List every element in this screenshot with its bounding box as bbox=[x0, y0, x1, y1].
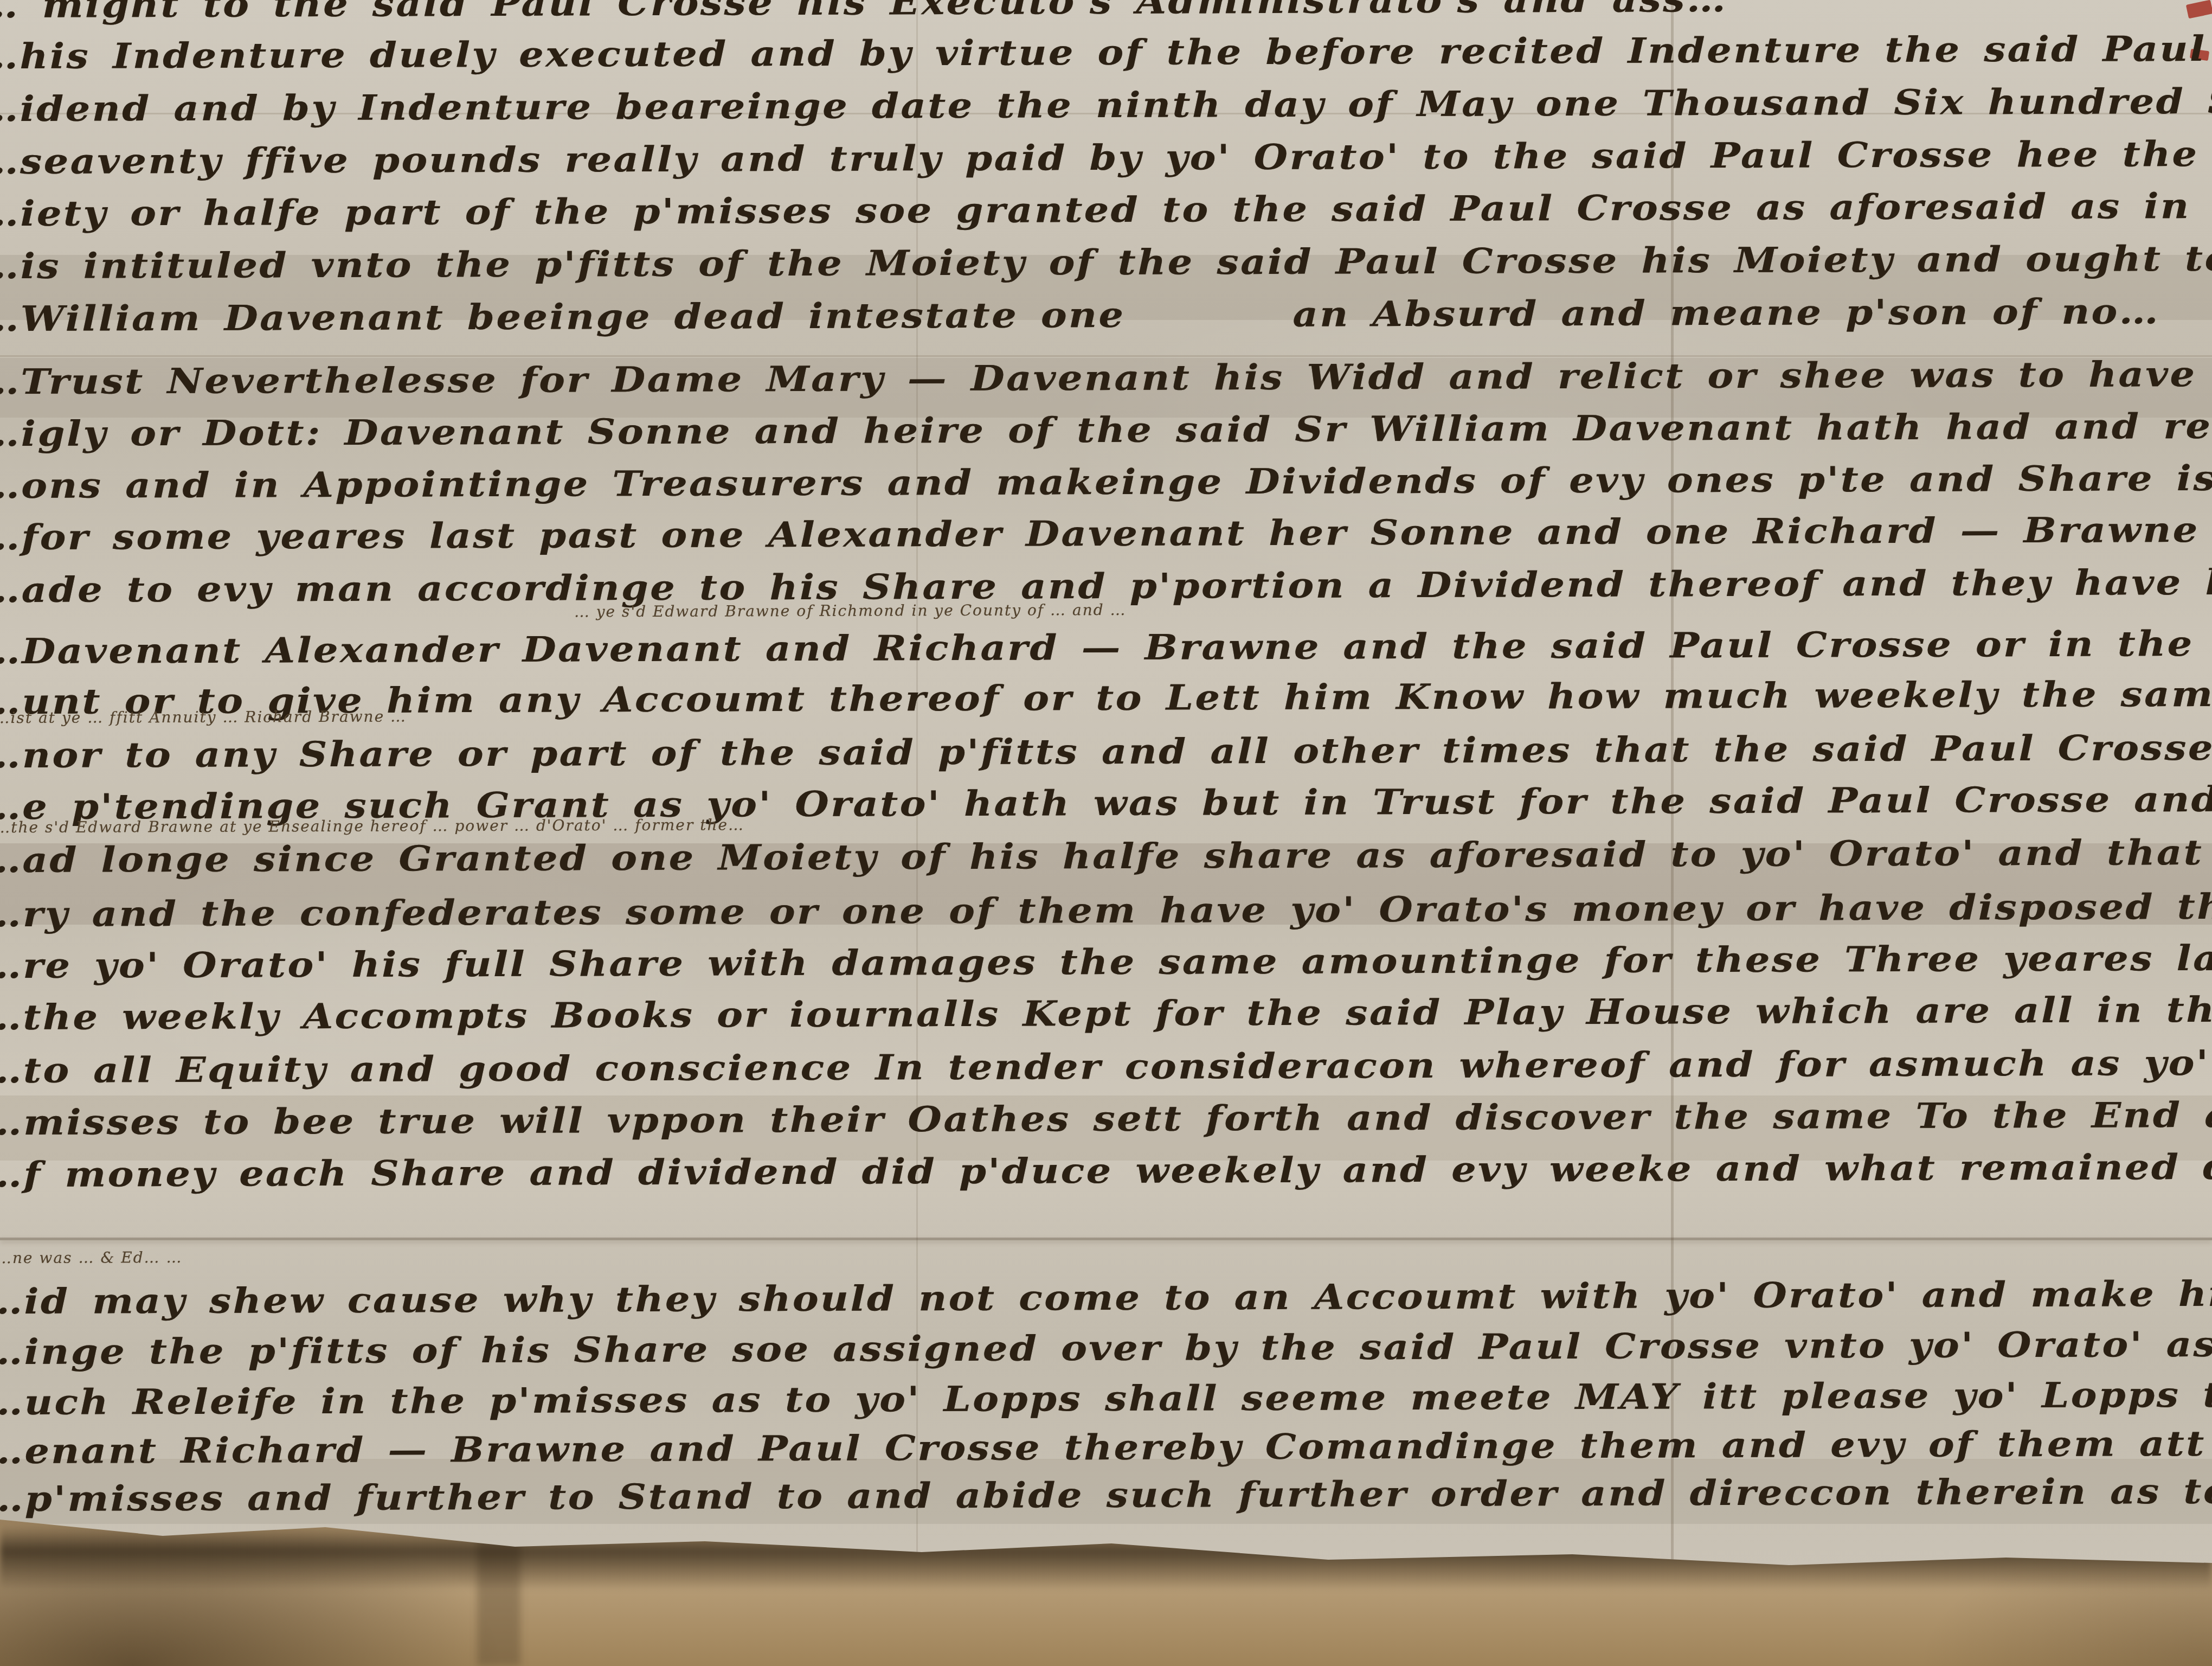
manuscript-line-22: …misses to bee true will vppon their Oat… bbox=[0, 1098, 2205, 1140]
manuscript-line-02: …his Indenture duely executed and by vir… bbox=[0, 32, 2202, 74]
manuscript-line-04: …seaventy ffive pounds really and truly … bbox=[0, 137, 2202, 180]
manuscript-line-03: …idend and by Indenture beareinge date t… bbox=[0, 85, 2202, 127]
manuscript-line-20: …the weekly Accompts Books or iournalls … bbox=[0, 993, 2205, 1035]
manuscript-line-18: …ry and the confederates some or one of … bbox=[0, 890, 2204, 932]
manuscript-line-27: …enant Richard — Brawne and Paul Crosse … bbox=[0, 1427, 2207, 1469]
manuscript-line-07: …William Davenant beeinge dead intestate… bbox=[0, 294, 2202, 337]
manuscript-line-26: …uch Releife in the p'misses as to yo' L… bbox=[0, 1378, 2206, 1420]
manuscript-line-25: …inge the p'fitts of his Share soe assig… bbox=[0, 1328, 2206, 1370]
manuscript-line-21: …to all Equity and good conscience In te… bbox=[0, 1046, 2205, 1088]
manuscript-line-15: …nor to any Share or part of the said p'… bbox=[0, 731, 2204, 773]
manuscript-line-11: …for some yeares last past one Alexander… bbox=[0, 513, 2203, 555]
manuscript-line-07-right: an Absurd and meane p'son of no… bbox=[1293, 294, 2202, 332]
interlinear-insertion-3: …the s'd Edward Brawne at ye Ensealinge … bbox=[0, 816, 744, 836]
parchment-document: … might to the said Paul Crosse his Exec… bbox=[0, 0, 2212, 1573]
manuscript-line-01: … might to the said Paul Crosse his Exec… bbox=[0, 0, 2201, 23]
manuscript-line-19: …re yo' Orato' his full Share with damag… bbox=[0, 941, 2204, 984]
manuscript-line-13: …Davenant Alexander Davenant and Richard… bbox=[0, 627, 2203, 669]
interlinear-insertion-1: … ye s'd Edward Brawne of Richmond in ye… bbox=[574, 601, 1127, 621]
manuscript-line-17: …ad longe since Granted one Moiety of hi… bbox=[0, 836, 2204, 878]
interlinear-insertion-4: …ne was … & Ed… … bbox=[0, 1248, 183, 1267]
manuscript-line-24: …id may shew cause why they should not c… bbox=[0, 1277, 2206, 1319]
interlinear-insertion-2: …ist at ye … ffitt Annuity … Richard Bra… bbox=[0, 708, 407, 727]
manuscript-line-07-left: …William Davenant beeinge dead intestate… bbox=[0, 298, 1126, 337]
manuscript-line-23: …f money each Share and dividend did p'd… bbox=[0, 1150, 2205, 1193]
manuscript-line-10: …ons and in Appointinge Treasurers and m… bbox=[0, 462, 2203, 504]
manuscript-photo: … might to the said Paul Crosse his Exec… bbox=[0, 0, 2212, 1666]
manuscript-line-09: …igly or Dott: Davenant Sonne and heire … bbox=[0, 409, 2203, 452]
manuscript-line-08: …Trust Neverthelesse for Dame Mary — Dav… bbox=[0, 357, 2203, 400]
manuscript-line-06: …is intituled vnto the p'fitts of the Mo… bbox=[0, 242, 2202, 284]
manuscript-line-28: …p'misses and further to Stand to and ab… bbox=[0, 1475, 2207, 1517]
manuscript-line-05: …iety or halfe part of the p'misses soe … bbox=[0, 189, 2202, 232]
manuscript-text: … might to the said Paul Crosse his Exec… bbox=[0, 0, 2212, 1577]
